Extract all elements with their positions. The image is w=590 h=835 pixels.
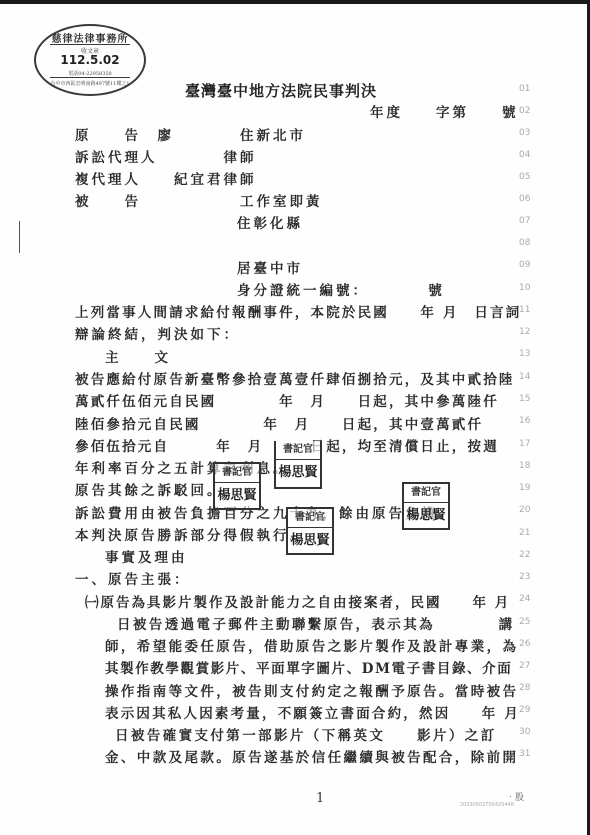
- line-number: 18: [519, 461, 530, 471]
- body-line-20: 訴訟費用由被告負擔百分之九十九，餘由原告負擔。: [75, 502, 455, 522]
- seal-title: 書記官: [215, 464, 259, 483]
- section-heading-main: 主 文: [105, 346, 171, 366]
- line-number: 16: [519, 416, 530, 426]
- body-line-21: 本判決原告勝訴部分得假執行。: [75, 524, 306, 544]
- defendant-line: 被 告 工作室即黃: [75, 190, 323, 210]
- sub-attorney-line: 複代理人 紀宜君律師: [75, 168, 257, 188]
- seal-title: 書記官: [404, 484, 448, 503]
- line-number: 15: [519, 394, 530, 404]
- document-title: 臺灣臺中地方法院民事判決: [185, 80, 377, 101]
- line-number: 31: [519, 749, 530, 759]
- body-line-26: 師，希望能委任原告，借助原告之影片製作及設計專業，為: [105, 635, 518, 655]
- line-number: 04: [519, 150, 530, 160]
- page-number: 1: [316, 791, 324, 806]
- document-code: 20230502T00425448: [460, 802, 514, 808]
- body-line-24: ㈠原告為具影片製作及設計能力之自由接案者，民國 年 月: [85, 591, 510, 611]
- attorney-line: 訴訟代理人 律師: [75, 146, 257, 166]
- seal-name: 楊思賢: [288, 528, 332, 554]
- body-line-25: 日被告透過電子郵件主動聯繫原告，表示其為 講: [117, 613, 515, 633]
- line-number: 03: [519, 128, 530, 138]
- defendant-address-line: 住彰化縣: [237, 212, 303, 232]
- stamp-phone: 電話04-22958358: [36, 70, 144, 77]
- stamp-address: 台中市西區忠明南路497號11樓之1: [36, 80, 144, 87]
- line-number: 30: [519, 727, 530, 737]
- clerk-seal: 書記官 楊思賢: [286, 507, 334, 555]
- body-line-12: 辯論終結，判決如下：: [75, 323, 240, 343]
- line-number: 02: [519, 106, 530, 116]
- line-number: 29: [519, 705, 530, 715]
- line-number: 23: [519, 572, 530, 582]
- case-number-line: 年度 字第 號: [370, 101, 519, 121]
- line-number: 07: [519, 216, 530, 226]
- section-heading-facts: 事實及理由: [105, 546, 188, 566]
- scan-top-edge: [0, 0, 590, 4]
- clerk-seal: 書記官 楊思賢: [274, 441, 322, 489]
- line-number: 10: [519, 283, 530, 293]
- line-number: 11: [519, 305, 530, 315]
- stamp-firm-name: 慈律法律事務所: [36, 30, 144, 45]
- line-number: 12: [519, 327, 530, 337]
- seal-title: 書記官: [276, 441, 320, 460]
- body-line-29: 表示因其私人因素考量，不願簽立書面合約，然因 年 月: [105, 702, 520, 722]
- line-number: 22: [519, 550, 530, 560]
- document-page: 慈律法律事務所 收文章 112.5.02 電話04-22958358 台中市西區…: [0, 0, 590, 835]
- body-line-16: 陸佰參拾元自民國 年 月 日起，其中壹萬貳仟: [75, 413, 483, 433]
- line-number: 20: [519, 505, 530, 515]
- clerk-seal: 書記官 楊思賢: [213, 462, 261, 510]
- line-number: 08: [519, 238, 530, 248]
- stamp-date: 112.5.02: [36, 53, 144, 67]
- seal-name: 楊思賢: [276, 460, 320, 486]
- body-line-11: 上列當事人間請求給付報酬事件，本院於民國 年 月 日言詞: [75, 301, 522, 321]
- line-number: 28: [519, 683, 530, 693]
- body-line-15: 萬貳仟伍佰元自民國 年 月 日起，其中參萬陸仟: [75, 390, 499, 410]
- binding-mark: [19, 221, 20, 253]
- line-number: 14: [519, 372, 530, 382]
- line-number: 06: [519, 194, 530, 204]
- body-line-31: 金、中款及尾款。原告遂基於信任繼續與被告配合，除前開: [105, 746, 518, 766]
- line-number: 13: [519, 349, 530, 359]
- body-line-27: 其製作教學觀賞影片、平面單字圖片、DM電子書目錄、介面: [105, 657, 512, 677]
- body-line-30: 日被告確實支付第一部影片（下稱英文 影片）之訂: [115, 724, 497, 744]
- line-number: 19: [519, 483, 530, 493]
- line-number: 17: [519, 439, 530, 449]
- line-number: 27: [519, 661, 530, 671]
- line-number: 21: [519, 528, 530, 538]
- seal-title: 書記官: [288, 509, 332, 528]
- line-number: 01: [519, 84, 530, 94]
- seal-name: 楊思賢: [215, 483, 259, 509]
- id-number-line: 身分證統一編號： 號: [237, 279, 445, 299]
- body-line-28: 操作指南等文件，被告則支付約定之報酬予原告。當時被告: [105, 680, 518, 700]
- body-line-23: 一、原告主張：: [75, 568, 191, 588]
- defendant-residence-line: 居臺中市: [237, 257, 303, 277]
- body-line-19: 原告其餘之訴駁回。: [75, 479, 224, 499]
- line-number: 26: [519, 639, 530, 649]
- plaintiff-line: 原 告 廖 住新北市: [75, 124, 306, 144]
- line-number: 24: [519, 594, 530, 604]
- body-line-14: 被告應給付原告新臺幣參拾壹萬壹仟肆佰捌拾元，及其中貳拾陸: [75, 368, 515, 388]
- line-number: 05: [519, 172, 530, 182]
- received-stamp: 慈律法律事務所 收文章 112.5.02 電話04-22958358 台中市西區…: [34, 24, 146, 96]
- line-number: 25: [519, 617, 530, 627]
- line-number: 09: [519, 260, 530, 270]
- seal-name: 楊思賢: [404, 503, 448, 529]
- clerk-seal: 書記官 楊思賢: [402, 482, 450, 530]
